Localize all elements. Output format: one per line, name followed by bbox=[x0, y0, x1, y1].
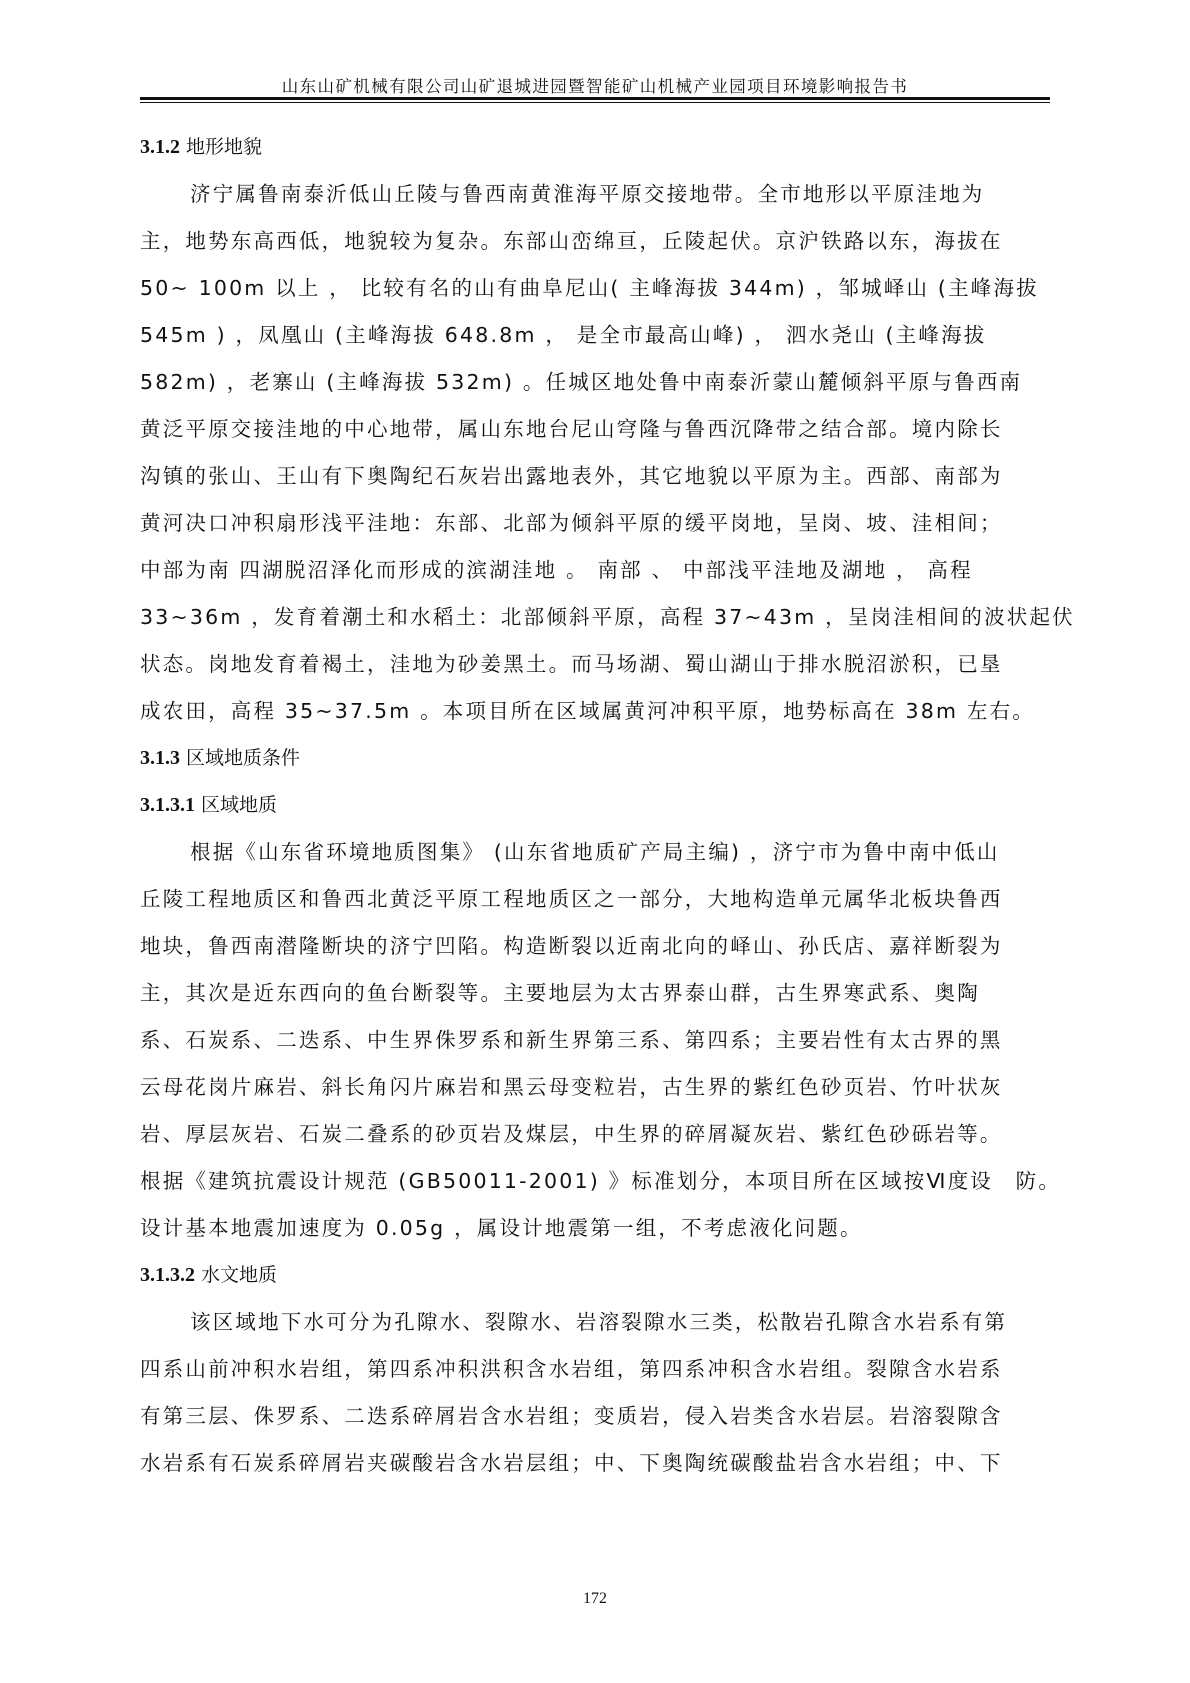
paragraph-line: 33~36m ，发育着潮土和水稻土：北部倾斜平原，高程 37~43m ，呈岗洼相… bbox=[140, 594, 1055, 641]
section-heading-3-1-2: 3.1.2地形地貌 bbox=[140, 124, 1055, 171]
section-title: 水文地质 bbox=[201, 1264, 277, 1286]
paragraph-line: 状态。岗地发育着褐土，洼地为砂姜黑土。而马场湖、蜀山湖山于排水脱沼淤积，已垦 bbox=[140, 641, 1055, 688]
section-number: 3.1.3.2 bbox=[140, 1264, 195, 1286]
paragraph-line: 四系山前冲积水岩组，第四系冲积洪积含水岩组，第四系冲积含水岩组。裂隙含水岩系 bbox=[140, 1346, 1055, 1393]
header-rule-thick bbox=[140, 97, 1050, 100]
paragraph-line: 沟镇的张山、王山有下奥陶纪石灰岩出露地表外，其它地貌以平原为主。西部、南部为 bbox=[140, 453, 1055, 500]
paragraph-line: 中部为南 四湖脱沼泽化而形成的滨湖洼地 。 南部 、 中部浅平洼地及湖地 ， 高… bbox=[140, 547, 1055, 594]
document-header-title: 山东山矿机械有限公司山矿退城进园暨智能矿山机械产业园项目环境影响报告书 bbox=[140, 73, 1050, 97]
paragraph-line: 根据《山东省环境地质图集》 (山东省地质矿产局主编) ，济宁市为鲁中南中低山 bbox=[140, 829, 1055, 876]
paragraph-line: 有第三层、侏罗系、二迭系碎屑岩含水岩组；变质岩，侵入岩类含水岩层。岩溶裂隙含 bbox=[140, 1393, 1055, 1440]
paragraph-line: 系、石炭系、二迭系、中生界侏罗系和新生界第三系、第四系；主要岩性有太古界的黑 bbox=[140, 1017, 1055, 1064]
section-number: 3.1.3 bbox=[140, 747, 180, 769]
section-number: 3.1.3.1 bbox=[140, 794, 195, 816]
page-number: 172 bbox=[0, 1590, 1190, 1608]
page-content: 3.1.2地形地貌 济宁属鲁南泰沂低山丘陵与鲁西南黄淮海平原交接地带。全市地形以… bbox=[140, 124, 1055, 1487]
paragraph-line: 根据《建筑抗震设计规范 (GB50011-2001) 》标准划分，本项目所在区域… bbox=[140, 1158, 1055, 1205]
header-rule-thin bbox=[140, 102, 1050, 103]
paragraph-line: 黄泛平原交接洼地的中心地带，属山东地台尼山穹隆与鲁西沉降带之结合部。境内除长 bbox=[140, 406, 1055, 453]
paragraph-line: 50~ 100m 以上 ， 比较有名的山有曲阜尼山( 主峰海拔 344m) ，邹… bbox=[140, 265, 1055, 312]
section-heading-3-1-3-2: 3.1.3.2水文地质 bbox=[140, 1252, 1055, 1299]
paragraph-line: 丘陵工程地质区和鲁西北黄泛平原工程地质区之一部分，大地构造单元属华北板块鲁西 bbox=[140, 876, 1055, 923]
section-title: 地形地貌 bbox=[186, 136, 262, 158]
paragraph-line: 成农田，高程 35~37.5m 。本项目所在区域属黄河冲积平原，地势标高在 38… bbox=[140, 688, 1055, 735]
paragraph-line: 地块，鲁西南潜隆断块的济宁凹陷。构造断裂以近南北向的峄山、孙氏店、嘉祥断裂为 bbox=[140, 923, 1055, 970]
paragraph-line: 545m ) ，凤凰山 (主峰海拔 648.8m ， 是全市最高山峰) ， 泗水… bbox=[140, 312, 1055, 359]
paragraph-line: 水岩系有石炭系碎屑岩夹碳酸岩含水岩层组；中、下奥陶统碳酸盐岩含水岩组；中、下 bbox=[140, 1440, 1055, 1487]
paragraph-line: 济宁属鲁南泰沂低山丘陵与鲁西南黄淮海平原交接地带。全市地形以平原洼地为 bbox=[140, 171, 1055, 218]
paragraph-line: 设计基本地震加速度为 0.05g ，属设计地震第一组，不考虑液化问题。 bbox=[140, 1205, 1055, 1252]
section-heading-3-1-3-1: 3.1.3.1区域地质 bbox=[140, 782, 1055, 829]
paragraph-line: 云母花岗片麻岩、斜长角闪片麻岩和黑云母变粒岩，古生界的紫红色砂页岩、竹叶状灰 bbox=[140, 1064, 1055, 1111]
section-number: 3.1.2 bbox=[140, 136, 180, 158]
section-title: 区域地质 bbox=[201, 794, 277, 816]
paragraph-line: 582m) ，老寨山 (主峰海拔 532m) 。任城区地处鲁中南泰沂蒙山麓倾斜平… bbox=[140, 359, 1055, 406]
paragraph-line: 岩、厚层灰岩、石炭二叠系的砂页岩及煤层，中生界的碎屑凝灰岩、紫红色砂砾岩等。 bbox=[140, 1111, 1055, 1158]
section-heading-3-1-3: 3.1.3区域地质条件 bbox=[140, 735, 1055, 782]
paragraph-line: 该区域地下水可分为孔隙水、裂隙水、岩溶裂隙水三类，松散岩孔隙含水岩系有第 bbox=[140, 1299, 1055, 1346]
paragraph-line: 黄河决口冲积扇形浅平洼地：东部、北部为倾斜平原的缓平岗地，呈岗、坡、洼相间； bbox=[140, 500, 1055, 547]
paragraph-line: 主，其次是近东西向的鱼台断裂等。主要地层为太古界泰山群，古生界寒武系、奥陶 bbox=[140, 970, 1055, 1017]
paragraph-line: 主，地势东高西低，地貌较为复杂。东部山峦绵亘，丘陵起伏。京沪铁路以东，海拔在 bbox=[140, 218, 1055, 265]
section-title: 区域地质条件 bbox=[186, 747, 300, 769]
